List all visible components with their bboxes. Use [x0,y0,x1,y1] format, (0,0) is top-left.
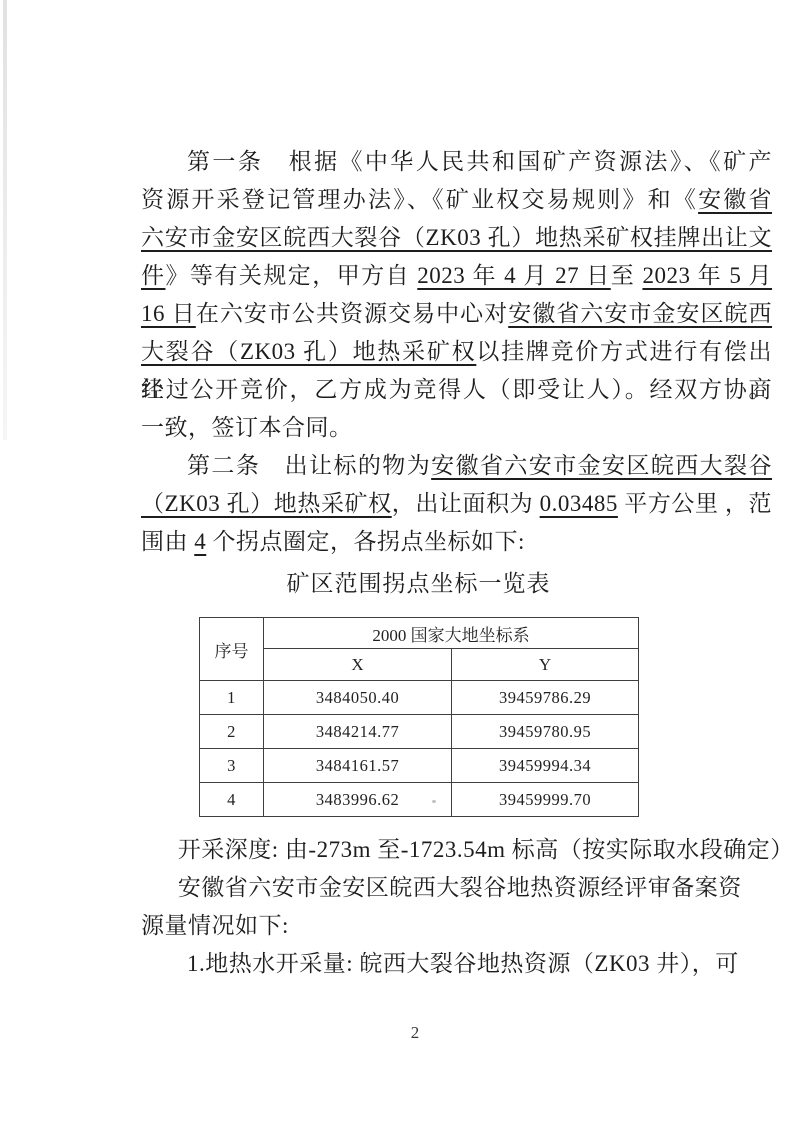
serial-cell: 3 [200,749,264,783]
text-run: 第二条 出让标的物为 [187,453,431,478]
text-run: 开采深度: 由-273m 至-1723.54m 标高（按实际取水段确定） [178,837,793,862]
y-coordinate-cell: 39459786.29 [452,681,639,715]
para-line: 安徽省六安市金安区皖西大裂谷地热资源经评审备案资 [141,869,772,907]
text-run: 第一条 根据《中华人民共和国矿产资源法》、《矿产 [187,149,772,174]
y-coordinate-cell: 39459780.95 [452,715,639,749]
underlined-run: 大裂谷（ZK03 孔）地热采矿权 [141,339,476,364]
text-run: ，出让面积为 [392,491,540,516]
table-row: 2 3484214.77 39459780.95 [200,715,639,749]
scan-artifact-dot [432,800,436,803]
para-line: 第一条 根据《中华人民共和国矿产资源法》、《矿产 [141,143,772,181]
underlined-run: 安徽省六安市金安区皖西大裂谷 [431,453,772,478]
x-coordinate-cell: 3484161.57 [264,749,452,783]
y-coordinate-cell: 39459999.70 [452,783,639,817]
underlined-run: 0.03485 [540,491,618,516]
text-run: 资源开采登记管理办法》、《矿业权交易规则》和《 [141,187,698,212]
text-run: 安徽省六安市金安区皖西大裂谷地热资源经评审备案资 [178,875,742,900]
text-run: 在六安市公共资源交易中心对 [196,301,508,326]
text-run: 一致，签订本合同。 [141,415,353,440]
underlined-run: 2023 年 4 月 27 日 [417,263,610,288]
para-line: 16 日在六安市公共资源交易中心对安徽省六安市金安区皖西 [141,295,772,333]
table-row: 4 3483996.62 39459999.70 [200,783,639,817]
body-text-column-below-table: 开采深度: 由-273m 至-1723.54m 标高（按实际取水段确定） 安徽省… [141,831,772,983]
underlined-run: 安徽省 [698,187,772,212]
text-run: 平方公里 ，范 [618,491,772,516]
x-coordinate-cell: 3483996.62 [264,783,452,817]
table-subheader-row: X Y [200,649,639,681]
x-header-cell: X [264,649,452,681]
para-line: 资源开采登记管理办法》、《矿业权交易规则》和《安徽省 [141,181,772,219]
underlined-run: （ZK03 孔）地热采矿权 [141,491,392,516]
page-number: 2 [380,1014,450,1052]
table-row: 1 3484050.40 39459786.29 [200,681,639,715]
para-line: 件》等有关规定，甲方自 2023 年 4 月 27 日至 2023 年 5 月 [141,257,772,295]
table-title: 矿区范围拐点坐标一览表 [199,565,638,603]
text-run: 1.地热水开采量: 皖西大裂谷地热资源（ZK03 井），可 [187,951,739,976]
y-coordinate-cell: 39459994.34 [452,749,639,783]
body-text-column: 第一条 根据《中华人民共和国矿产资源法》、《矿产 资源开采登记管理办法》、《矿业… [141,143,772,561]
serial-cell: 2 [200,715,264,749]
scanned-contract-page: 第一条 根据《中华人民共和国矿产资源法》、《矿产 资源开采登记管理办法》、《矿业… [0,0,793,1122]
para-line: 开采深度: 由-273m 至-1723.54m 标高（按实际取水段确定） [141,831,772,869]
para-line: 源量情况如下: [141,907,772,945]
underlined-run: 六安市金安区皖西大裂谷（ZK03 孔）地热采矿权挂牌出让文 [141,225,772,250]
para-line: 大裂谷（ZK03 孔）地热采矿权以挂牌竞价方式进行有偿出让。 [141,333,772,371]
para-line: 经过公开竞价，乙方成为竞得人（即受让人）。经双方协商 [141,371,772,409]
table-row: 3 3484161.57 39459994.34 [200,749,639,783]
scan-artifact-streak [3,0,7,440]
serial-cell: 4 [200,783,264,817]
para-line: 1.地热水开采量: 皖西大裂谷地热资源（ZK03 井），可 [141,945,772,983]
para-line: （ZK03 孔）地热采矿权，出让面积为 0.03485 平方公里 ，范 [141,485,772,523]
underlined-run: 2023 年 5 月 [642,263,772,288]
underlined-run: 16 日 [141,301,196,326]
x-coordinate-cell: 3484214.77 [264,715,452,749]
text-run: 个拐点圈定，各拐点坐标如下: [206,529,525,554]
x-coordinate-cell: 3484050.40 [264,681,452,715]
serial-cell: 1 [200,681,264,715]
para-line: 一致，签订本合同。 [141,409,772,447]
table-header-row: 序号 2000 国家大地坐标系 [200,618,639,649]
underlined-run: 4 [194,529,206,554]
underlined-run: 安徽省六安市金安区皖西 [508,301,772,326]
corner-point-coordinates-table: 序号 2000 国家大地坐标系 X Y 1 3484050.40 3945978… [199,617,639,817]
text-run: 》等有关规定，甲方自 [165,263,417,288]
underlined-run: 件 [141,263,165,288]
serial-header-cell: 序号 [200,618,264,681]
text-run: 源量情况如下: [141,913,289,938]
para-line: 第二条 出让标的物为安徽省六安市金安区皖西大裂谷 [141,447,772,485]
text-run: 围由 [141,529,194,554]
coord-system-header-cell: 2000 国家大地坐标系 [264,618,639,649]
y-header-cell: Y [452,649,639,681]
text-run: 经过公开竞价，乙方成为竞得人（即受让人）。经双方协商 [141,377,772,402]
text-run: 至 [611,263,643,288]
para-line: 六安市金安区皖西大裂谷（ZK03 孔）地热采矿权挂牌出让文 [141,219,772,257]
para-line: 围由 4 个拐点圈定，各拐点坐标如下: [141,523,772,561]
